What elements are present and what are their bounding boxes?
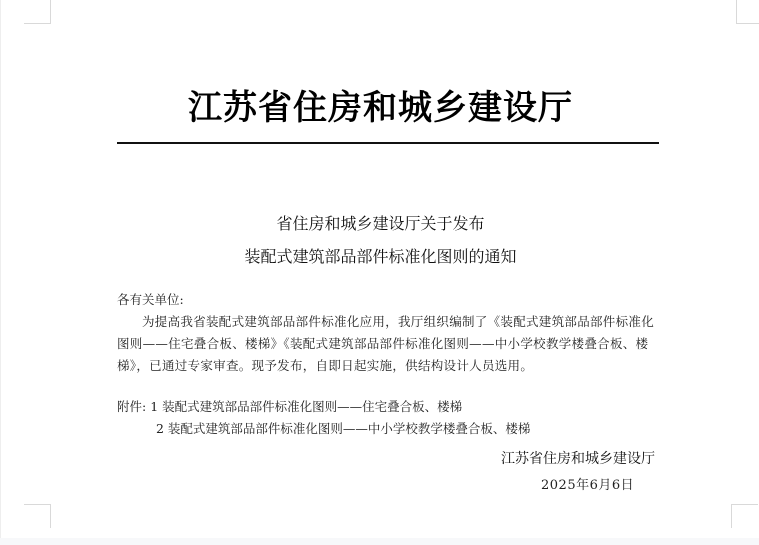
title-line-1: 省住房和城乡建设厅关于发布	[1, 211, 759, 234]
issue-date: 2025年6月6日	[541, 474, 634, 493]
crop-mark-bottom-left	[24, 504, 51, 528]
title-line-2: 装配式建筑部品部件标准化图则的通知	[1, 244, 759, 267]
attachment-2: 2 装配式建筑部品部件标准化图则——中小学校教学楼叠合板、楼梯	[156, 418, 530, 440]
crop-mark-top-left	[24, 0, 51, 24]
crop-mark-bottom-right	[731, 504, 758, 528]
signer: 江苏省住房和城乡建设厅	[501, 448, 655, 468]
masthead: 江苏省住房和城乡建设厅	[1, 80, 759, 129]
salutation: 各有关单位:	[117, 289, 184, 311]
body-paragraph: 为提高我省装配式建筑部品部件标准化应用，我厅组织编制了《装配式建筑部品部件标准化…	[117, 311, 665, 377]
crop-mark-top-right	[736, 0, 759, 24]
attachments-label: 附件:	[117, 399, 146, 414]
masthead-divider	[117, 142, 659, 144]
document-page: 江苏省住房和城乡建设厅 省住房和城乡建设厅关于发布 装配式建筑部品部件标准化图则…	[0, 0, 759, 538]
attachment-1: 附件: 1 装配式建筑部品部件标准化图则——住宅叠合板、楼梯	[117, 396, 462, 418]
attachment-item: 1 装配式建筑部品部件标准化图则——住宅叠合板、楼梯	[150, 399, 462, 414]
